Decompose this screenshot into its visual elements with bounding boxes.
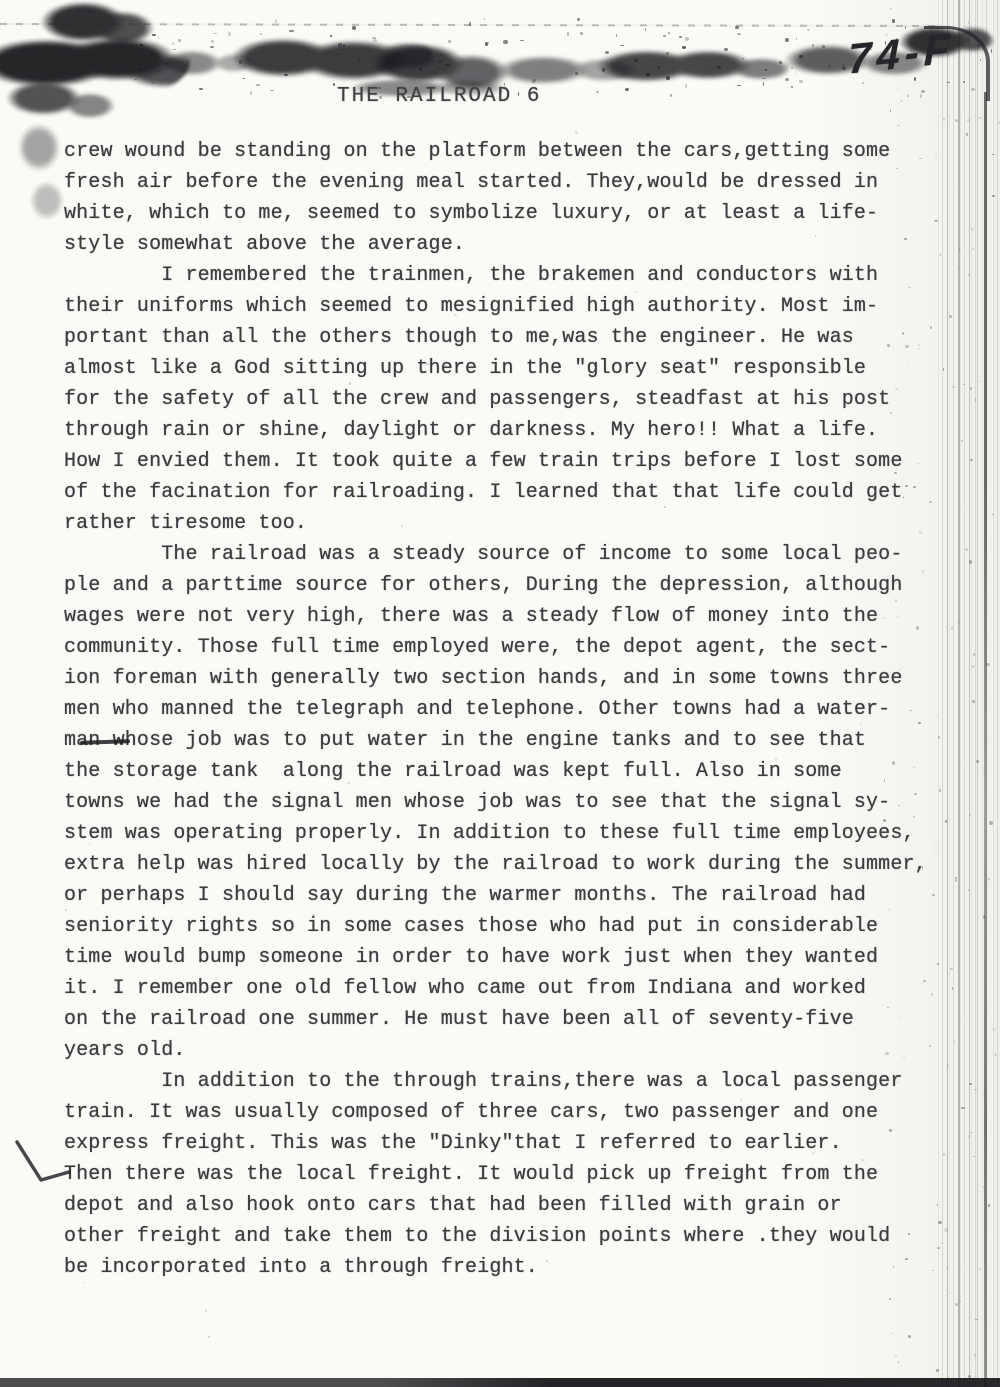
typewritten-line: How I envied them. It took quite a few t… (64, 446, 964, 477)
typewritten-line: express freight. This was the "Dinky"tha… (64, 1128, 964, 1159)
ink-smudge (25, 0, 155, 56)
typewritten-line: towns we had the signal men whose job wa… (64, 787, 964, 818)
typewritten-line: time would bump someone in order to have… (64, 942, 964, 973)
typewritten-line: ion foreman with generally two section h… (64, 663, 964, 694)
page-title: THE RAILROAD 6 (337, 84, 541, 110)
typewritten-line: seniority rights so in some cases those … (64, 911, 964, 942)
page-bottom-edge (0, 1378, 1000, 1387)
typewritten-line: through rain or shine, daylight or darkn… (64, 415, 964, 446)
typewritten-line: rather tiresome too. (64, 508, 964, 539)
typewritten-line: almost like a God sitting up there in th… (64, 353, 964, 384)
typewritten-line: fresh air before the evening meal starte… (64, 167, 964, 198)
typewritten-text: crew wound be standing on the platform b… (64, 136, 964, 1283)
typewritten-line: other freight and take them to the divis… (64, 1221, 964, 1252)
scan-streak-line (977, 0, 978, 1387)
typewritten-line: crew wound be standing on the platform b… (64, 136, 964, 167)
scan-top-rule (0, 23, 942, 27)
typewritten-line: it. I remember one old fellow who came o… (64, 973, 964, 1004)
page-right-edge (984, 92, 987, 1387)
typewritten-line: stem was operating properly. In addition… (64, 818, 964, 849)
ink-smudge (0, 22, 190, 104)
typewritten-line: community. Those full time employed were… (64, 632, 964, 663)
typewritten-line: the storage tank along the railroad was … (64, 756, 964, 787)
ink-smudge (585, 38, 790, 94)
typewritten-line: train. It was usually composed of three … (64, 1097, 964, 1128)
ink-smudge (148, 42, 258, 84)
typewritten-line: I remembered the trainmen, the brakemen … (64, 260, 964, 291)
typewritten-line: or perhaps I should say during the warme… (64, 880, 964, 911)
typewritten-line: man whose job was to put water in the en… (64, 725, 964, 756)
typewritten-line: Then there was the local freight. It wou… (64, 1159, 964, 1190)
typewritten-line: extra help was hired locally by the rail… (64, 849, 964, 880)
typewritten-line: white, which to me, seemed to symbolize … (64, 198, 964, 229)
typewritten-line: The railroad was a steady source of inco… (64, 539, 964, 570)
typewritten-line: ple and a parttime source for others, Du… (64, 570, 964, 601)
scanned-typewritten-page: 74-F THE RAILROAD 6 crew wound be standi… (0, 0, 1000, 1387)
typewritten-line: of the facination for railroading. I lea… (64, 477, 964, 508)
typewritten-line: on the railroad one summer. He must have… (64, 1004, 964, 1035)
ink-smudge (225, 26, 433, 92)
typewritten-line: wages were not very high, there was a st… (64, 601, 964, 632)
typewritten-line: their uniforms which seemed to mesignifi… (64, 291, 964, 322)
typewritten-line: style somewhat above the average. (64, 229, 964, 260)
typewritten-line: years old. (64, 1035, 964, 1066)
ink-smudge (0, 72, 125, 130)
typewritten-line: portant than all the others though to me… (64, 322, 964, 353)
typewritten-line: depot and also hook onto cars that had b… (64, 1190, 964, 1221)
typewritten-line: be incorporated into a through freight. (64, 1252, 964, 1283)
typewritten-line: In addition to the through trains,there … (64, 1066, 964, 1097)
handwritten-checkmark (10, 1136, 74, 1190)
typewritten-line: for the safety of all the crew and passe… (64, 384, 964, 415)
scan-streak-line (969, 0, 970, 1387)
typewritten-line: men who manned the telegraph and telepho… (64, 694, 964, 725)
